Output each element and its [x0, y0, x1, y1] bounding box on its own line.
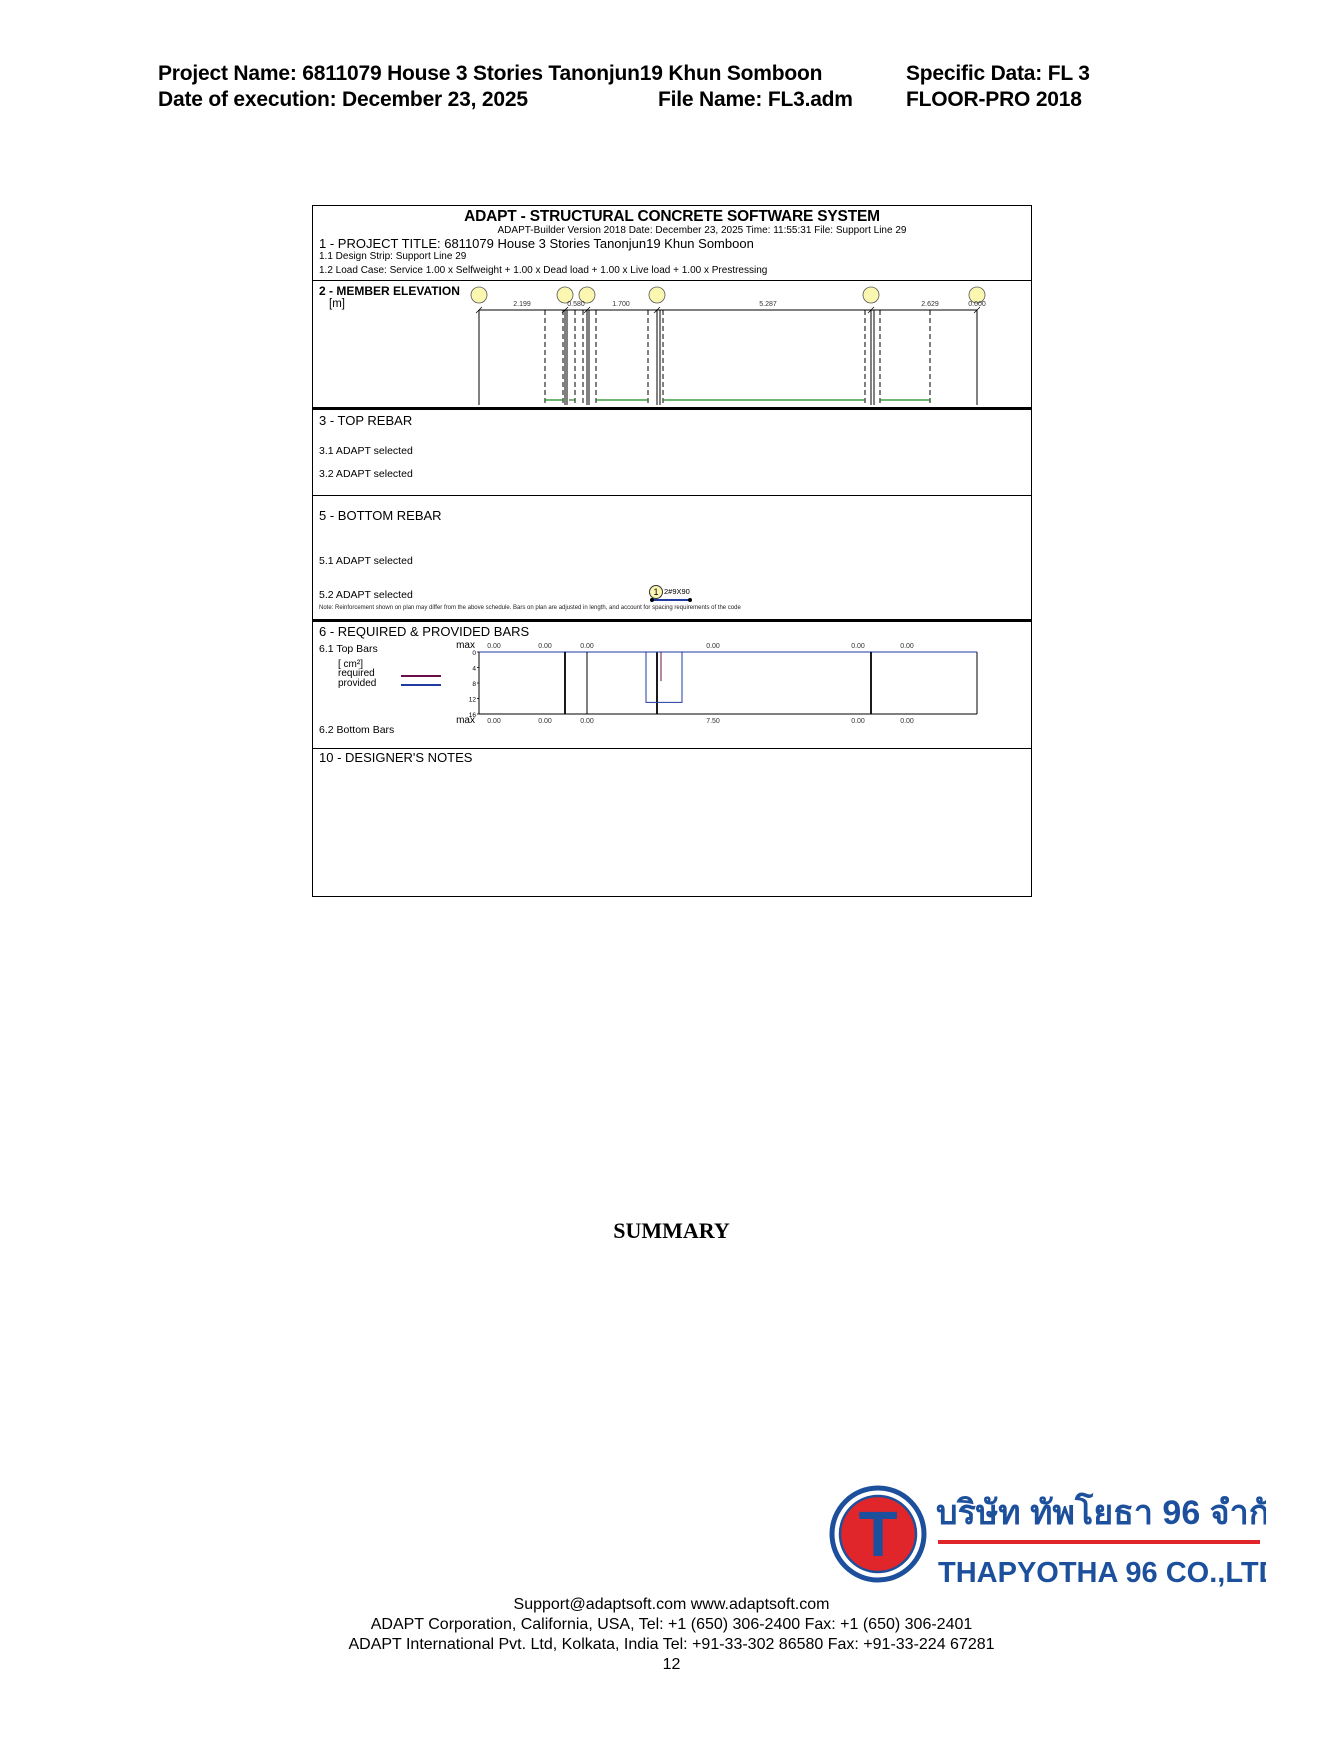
- svg-text:4: 4: [472, 666, 476, 673]
- project-title: 1 - PROJECT TITLE: 6811079 House 3 Stori…: [319, 236, 754, 251]
- svg-text:8: 8: [472, 681, 476, 688]
- footer-contact: Support@adaptsoft.com www.adaptsoft.com: [0, 1596, 1343, 1614]
- svg-text:บริษัท ทัพโยธา 96 จำกัด: บริษัท ทัพโยธา 96 จำกัด: [936, 1492, 1266, 1532]
- svg-text:0.00: 0.00: [538, 718, 552, 725]
- required-provided-chart: maxmax04812160.000.000.000.000.000.000.0…: [313, 619, 1033, 748]
- svg-text:0.580: 0.580: [567, 301, 585, 308]
- svg-text:2.629: 2.629: [921, 301, 939, 308]
- design-strip: 1.1 Design Strip: Support Line 29: [319, 251, 466, 262]
- member-elevation-diagram: 2.1990.5801.7005.2872.6290.000: [313, 280, 1033, 407]
- svg-text:0.00: 0.00: [580, 643, 594, 650]
- report-title: ADAPT - STRUCTURAL CONCRETE SOFTWARE SYS…: [313, 208, 1031, 226]
- bar-end-dot: [650, 598, 654, 602]
- top-rebar-section: 3 - TOP REBAR 3.1 ADAPT selected 3.2 ADA…: [313, 407, 1031, 496]
- company-logo: T บริษัท ทัพโยธา 96 จำกัด THAPYOTHA 96 C…: [826, 1472, 1266, 1597]
- bar-end-dot: [688, 598, 692, 602]
- svg-text:0.00: 0.00: [580, 718, 594, 725]
- project-name: Project Name: 6811079 House 3 Stories Ta…: [158, 62, 822, 86]
- adapt-report: ADAPT - STRUCTURAL CONCRETE SOFTWARE SYS…: [312, 205, 1032, 897]
- page-number: 12: [0, 1656, 1343, 1674]
- logo-letter-icon: T: [858, 1498, 897, 1570]
- svg-text:0.00: 0.00: [487, 718, 501, 725]
- svg-text:THAPYOTHA 96 CO.,LTD.: THAPYOTHA 96 CO.,LTD.: [938, 1557, 1266, 1589]
- svg-text:1.700: 1.700: [612, 301, 630, 308]
- report-subtitle: ADAPT-Builder Version 2018 Date: Decembe…: [313, 225, 1031, 236]
- summary-heading: SUMMARY: [0, 1218, 1343, 1244]
- bottom-rebar-section: 5 - BOTTOM REBAR 5.1 ADAPT selected 5.2 …: [313, 495, 1031, 622]
- svg-text:0.00: 0.00: [851, 718, 865, 725]
- svg-text:0.00: 0.00: [851, 643, 865, 650]
- member-elevation-section: 2 - MEMBER ELEVATION [m] 2.1990.5801.700…: [313, 280, 1031, 410]
- svg-text:0.00: 0.00: [538, 643, 552, 650]
- footer-usa: ADAPT Corporation, California, USA, Tel:…: [0, 1616, 1343, 1634]
- designers-notes-heading: 10 - DESIGNER'S NOTES: [319, 750, 472, 765]
- svg-text:7.50: 7.50: [706, 718, 720, 725]
- load-case: 1.2 Load Case: Service 1.00 x Selfweight…: [319, 265, 767, 276]
- top-rebar-heading: 3 - TOP REBAR: [319, 413, 412, 428]
- svg-text:0.00: 0.00: [900, 718, 914, 725]
- file-name: File Name: FL3.adm: [658, 88, 853, 112]
- required-provided-section: 6 - REQUIRED & PROVIDED BARS 6.1 Top Bar…: [313, 619, 1031, 749]
- bottom-rebar-heading: 5 - BOTTOM REBAR: [319, 508, 442, 523]
- svg-text:0.00: 0.00: [900, 643, 914, 650]
- svg-text:12: 12: [469, 697, 477, 704]
- footer-india: ADAPT International Pvt. Ltd, Kolkata, I…: [0, 1636, 1343, 1654]
- svg-text:5.287: 5.287: [759, 301, 777, 308]
- svg-text:16: 16: [469, 712, 477, 719]
- bottom-rebar-line1: 5.1 ADAPT selected: [319, 555, 413, 567]
- bottom-bar-line: [652, 599, 690, 601]
- svg-text:0.00: 0.00: [706, 643, 720, 650]
- specific-data: Specific Data: FL 3: [906, 62, 1090, 86]
- svg-text:2.199: 2.199: [513, 301, 531, 308]
- designers-notes-section: 10 - DESIGNER'S NOTES: [313, 748, 1031, 896]
- top-rebar-line2: 3.2 ADAPT selected: [319, 468, 413, 480]
- title-block: ADAPT - STRUCTURAL CONCRETE SOFTWARE SYS…: [313, 206, 1031, 281]
- top-rebar-line1: 3.1 ADAPT selected: [319, 445, 413, 457]
- svg-text:0: 0: [472, 650, 476, 657]
- svg-text:0.000: 0.000: [968, 301, 986, 308]
- reinforcement-note: Note: Reinforcement shown on plan may di…: [319, 605, 741, 611]
- bar-marker-icon: 1: [649, 585, 663, 599]
- program-name: FLOOR-PRO 2018: [906, 88, 1082, 112]
- bar-label: 2#9X90: [664, 587, 690, 596]
- bottom-rebar-line2: 5.2 ADAPT selected: [319, 589, 413, 601]
- date-of-execution: Date of execution: December 23, 2025: [158, 88, 528, 112]
- svg-text:0.00: 0.00: [487, 643, 501, 650]
